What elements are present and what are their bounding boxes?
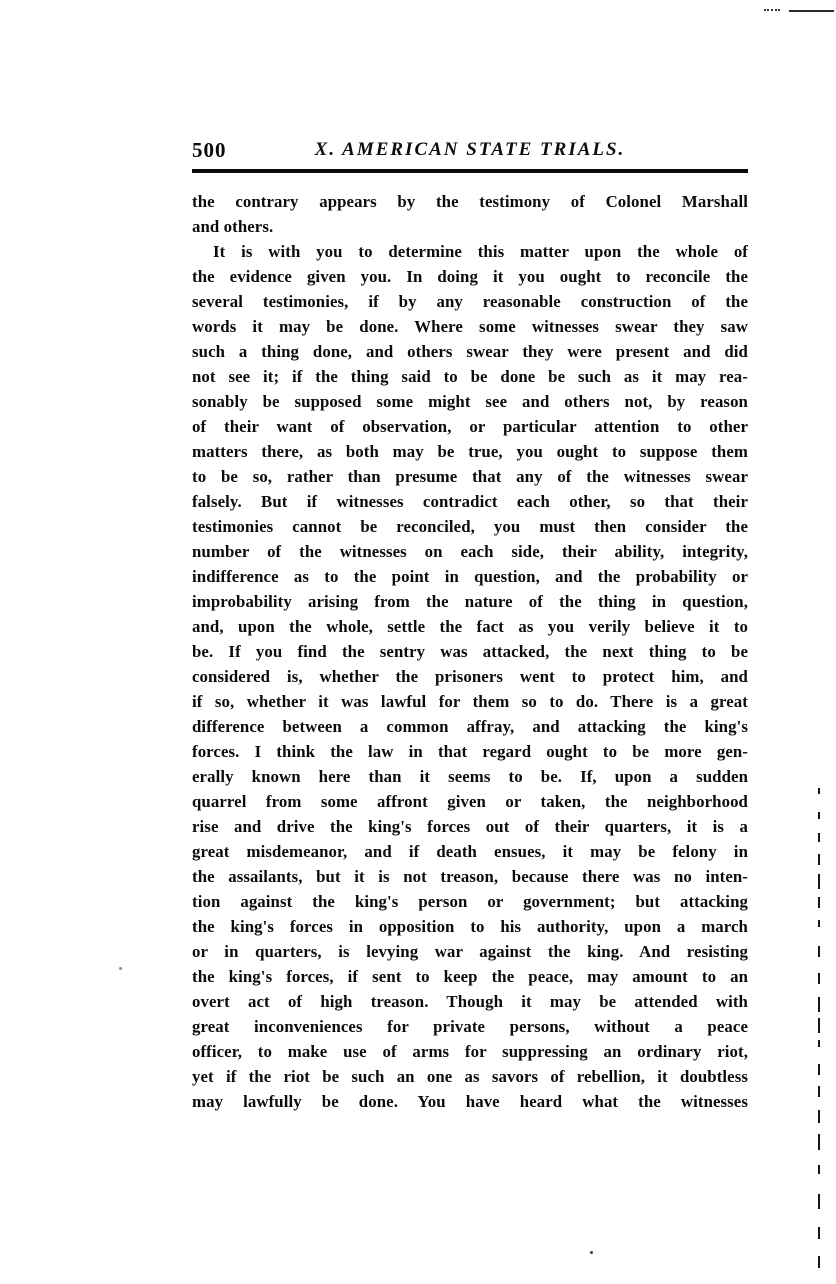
book-page: 500 X. AMERICAN STATE TRIALS. the contra… (0, 0, 836, 1284)
text-line: the evidence given you. In doing it you … (192, 264, 748, 289)
text-line: sonably be supposed some might see and o… (192, 389, 748, 414)
scan-mark (818, 788, 820, 794)
text-line: be. If you find the sentry was attacked,… (192, 639, 748, 664)
scan-mark (818, 1165, 820, 1174)
scan-mark (818, 946, 820, 957)
text-line: forces. I think the law in that regard o… (192, 739, 748, 764)
scan-artifact-top-dashes (764, 9, 780, 11)
text-line: not see it; if the thing said to be done… (192, 364, 748, 389)
scan-mark (818, 920, 820, 927)
text-line: the contrary appears by the testimony of… (192, 189, 748, 214)
text-line: yet if the riot be such an one as savors… (192, 1064, 748, 1089)
scan-artifact-top-line (789, 10, 834, 12)
scan-mark (818, 833, 820, 842)
body-text: the contrary appears by the testimony of… (192, 189, 748, 1114)
text-line: great inconveniences for private persons… (192, 1014, 748, 1039)
text-line: indifference as to the point in question… (192, 564, 748, 589)
text-line: quarrel from some affront given or taken… (192, 789, 748, 814)
text-line: the king's forces in opposition to his a… (192, 914, 748, 939)
text-line: to be so, rather than presume that any o… (192, 464, 748, 489)
text-line: improbability arising from the nature of… (192, 589, 748, 614)
text-line: falsely. But if witnesses contradict eac… (192, 489, 748, 514)
scan-mark (818, 854, 820, 865)
text-line: rise and drive the king's forces out of … (192, 814, 748, 839)
scan-mark (818, 1227, 820, 1239)
scan-mark (818, 874, 820, 889)
running-header: 500 X. AMERICAN STATE TRIALS. (192, 138, 748, 166)
scan-mark (818, 1134, 820, 1150)
scan-speck-bottom (590, 1251, 593, 1254)
text-line: such a thing done, and others swear they… (192, 339, 748, 364)
scan-mark (818, 997, 820, 1012)
text-line: of their want of observation, or particu… (192, 414, 748, 439)
header-rule (192, 169, 748, 173)
text-line: overt act of high treason. Though it may… (192, 989, 748, 1014)
text-line: the assailants, but it is not treason, b… (192, 864, 748, 889)
scan-mark (818, 1256, 820, 1268)
text-line: or in quarters, is levying war against t… (192, 939, 748, 964)
running-header-title: X. AMERICAN STATE TRIALS. (192, 139, 748, 161)
text-line: considered is, whether the prisoners wen… (192, 664, 748, 689)
text-line: may lawfully be done. You have heard wha… (192, 1089, 748, 1114)
scan-mark (818, 1194, 820, 1209)
scan-mark (818, 812, 820, 819)
scan-mark (818, 897, 820, 908)
text-line: testimonies cannot be reconciled, you mu… (192, 514, 748, 539)
text-line: the king's forces, if sent to keep the p… (192, 964, 748, 989)
text-line: and others. (192, 214, 748, 239)
text-line: and, upon the whole, settle the fact as … (192, 614, 748, 639)
text-line: It is with you to determine this matter … (192, 239, 748, 264)
text-line: officer, to make use of arms for suppres… (192, 1039, 748, 1064)
text-line: tion against the king's person or govern… (192, 889, 748, 914)
text-line: if so, whether it was lawful for them so… (192, 689, 748, 714)
scan-mark (818, 1110, 820, 1123)
scan-mark (818, 1064, 820, 1075)
text-line: erally known here than it seems to be. I… (192, 764, 748, 789)
scan-mark (818, 1086, 820, 1097)
text-line: several testimonies, if by any reasonabl… (192, 289, 748, 314)
text-line: words it may be done. Where some witness… (192, 314, 748, 339)
scan-speck-left (119, 967, 122, 970)
scan-mark (818, 973, 820, 984)
text-line: number of the witnesses on each side, th… (192, 539, 748, 564)
text-line: difference between a common affray, and … (192, 714, 748, 739)
text-line: great misdemeanor, and if death ensues, … (192, 839, 748, 864)
scan-mark (818, 1040, 820, 1047)
text-line: matters there, as both may be true, you … (192, 439, 748, 464)
scan-mark (818, 1018, 820, 1033)
